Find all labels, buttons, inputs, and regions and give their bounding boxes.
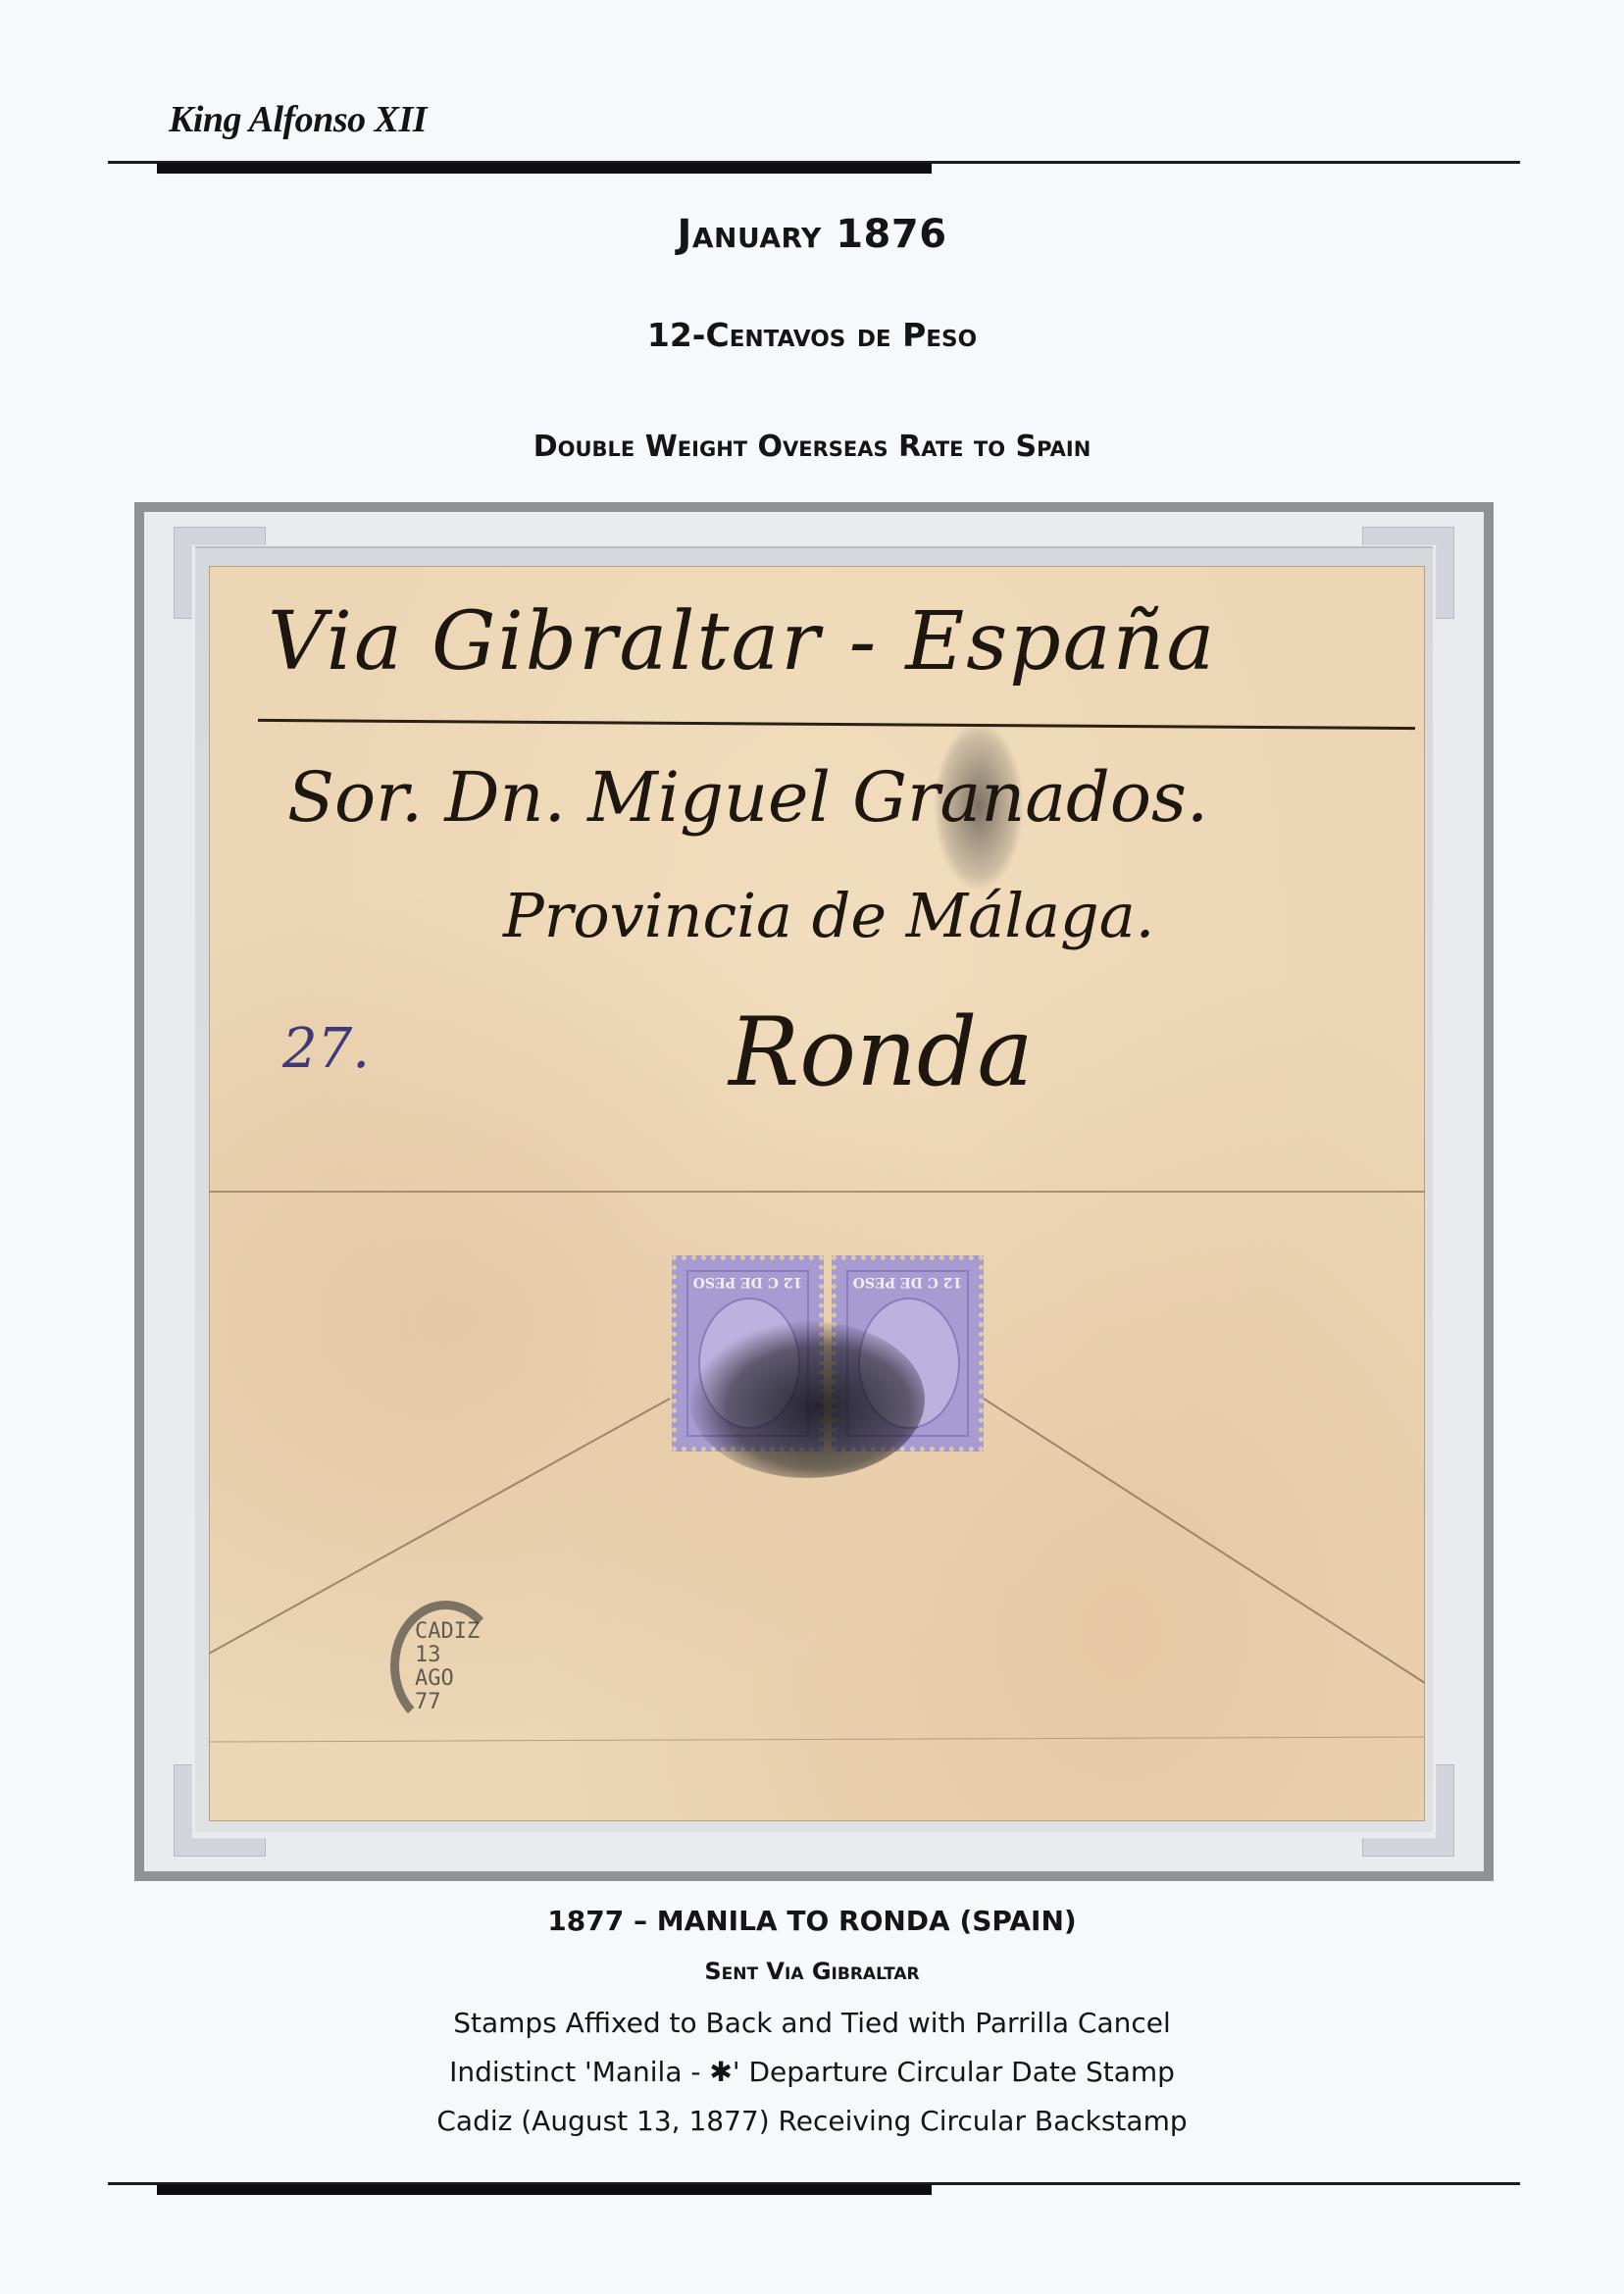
- underline-stroke: [258, 719, 1415, 730]
- rate-title: Double Weight Overseas Rate to Spain: [0, 430, 1624, 464]
- caption-receiving: Cadiz (August 13, 1877) Receiving Circul…: [0, 2105, 1624, 2137]
- caption-stamps: Stamps Affixed to Back and Tied with Par…: [0, 2007, 1624, 2039]
- footer-rule-thick: [157, 2184, 932, 2195]
- backstamp-text: CADIZ 13 AGO 77: [415, 1620, 480, 1714]
- caption-departure: Indistinct 'Manila - ✱' Departure Circul…: [0, 2056, 1624, 2088]
- rate-marking: 27.: [282, 1017, 370, 1081]
- city-inscription: Ronda: [729, 997, 1034, 1107]
- route-inscription: Via Gibraltar - España: [268, 595, 1216, 688]
- exhibit-title: King Alfonso XII: [169, 98, 427, 141]
- caption-route: 1877 – MANILA TO RONDA (SPAIN): [0, 1905, 1624, 1937]
- denomination-title: 12-Centavos de Peso: [0, 316, 1624, 354]
- parrilla-cancel: [689, 1321, 925, 1478]
- backstamp-year: 77: [415, 1691, 480, 1714]
- header-rule-thick: [157, 163, 932, 174]
- stamp-value-label: 12 C DE PESO: [677, 1274, 819, 1290]
- page-date-title: January 1876: [0, 212, 1624, 257]
- stamp-value-label: 12 C DE PESO: [837, 1274, 979, 1290]
- cover-envelope: Via Gibraltar - España Sor. Dn. Miguel G…: [209, 566, 1425, 1821]
- province-inscription: Provincia de Málaga.: [503, 880, 1154, 951]
- backstamp-month: AGO: [415, 1667, 480, 1691]
- caption-routing: Sent Via Gibraltar: [0, 1958, 1624, 1985]
- backstamp-day: 13: [415, 1644, 480, 1667]
- addressee-inscription: Sor. Dn. Miguel Granados.: [287, 757, 1208, 838]
- backstamp-city: CADIZ: [415, 1620, 480, 1644]
